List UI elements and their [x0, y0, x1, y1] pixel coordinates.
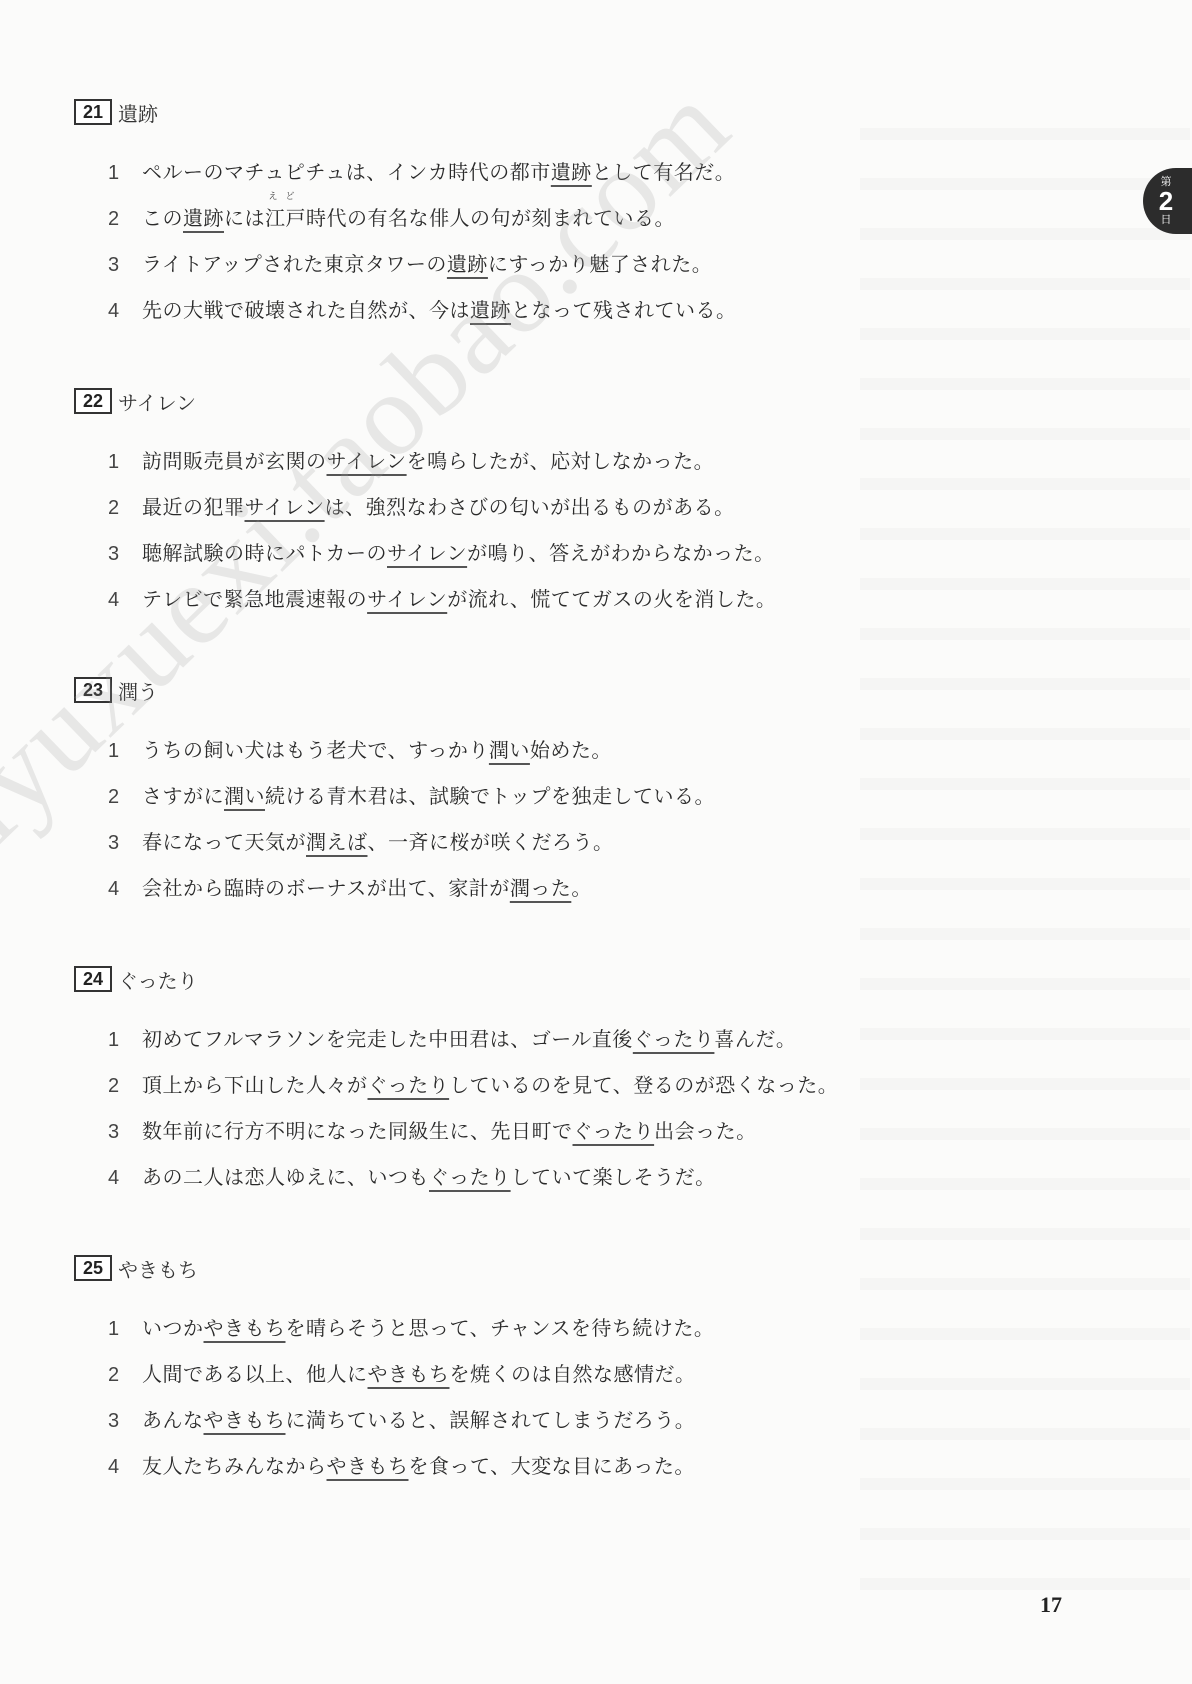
question-header: 24 ぐったり — [74, 963, 838, 995]
question-number-box: 25 — [74, 1255, 112, 1281]
document-page: 第 2 日 21 遺跡 1 ペルーのマチュピチュは、インカ時代の都市遺跡として有… — [0, 0, 1192, 1684]
option-item: 3 数年前に行方不明になった同級生に、先日町でぐったり出会った。 — [108, 1115, 838, 1161]
option-item: 2 頂上から下山した人々がぐったりしているのを見て、登るのが恐くなった。 — [108, 1069, 838, 1115]
option-number: 2 — [108, 786, 142, 809]
underlined-target-word: やきもち — [368, 1362, 450, 1386]
underlined-target-word: ぐったり — [429, 1165, 511, 1189]
question-number-box: 23 — [74, 677, 112, 703]
underlined-target-word: サイレン — [327, 449, 407, 473]
underlined-target-word: 潤い — [489, 738, 530, 762]
day-tab-number: 2 — [1159, 188, 1173, 214]
option-item: 4 友人たちみんなからやきもちを食って、大変な目にあった。 — [108, 1450, 714, 1496]
furigana-word: えど江戸 — [265, 202, 306, 231]
option-item: 2 最近の犯罪サイレンは、強烈なわさびの匂いが出るものがある。 — [108, 491, 776, 537]
option-number: 1 — [108, 451, 142, 474]
option-list: 1 いつかやきもちを晴らそうと思って、チャンスを待ち続けた。 2 人間である以上… — [108, 1312, 714, 1496]
option-number: 2 — [108, 497, 142, 520]
question-24: 24 ぐったり 1 初めてフルマラソンを完走した中田君は、ゴール直後ぐったり喜ん… — [74, 963, 838, 1207]
question-word: サイレン — [118, 387, 196, 416]
option-item: 1 初めてフルマラソンを完走した中田君は、ゴール直後ぐったり喜んだ。 — [108, 1023, 838, 1069]
option-list: 1 うちの飼い犬はもう老犬で、すっかり潤い始めた。 2 さすがに潤い続ける青木君… — [108, 734, 715, 918]
option-item: 4 先の大戦で破壊された自然が、今は遺跡となって残されている。 — [108, 294, 737, 340]
question-25: 25 やきもち 1 いつかやきもちを晴らそうと思って、チャンスを待ち続けた。 2… — [74, 1252, 714, 1496]
question-23: 23 潤う 1 うちの飼い犬はもう老犬で、すっかり潤い始めた。 2 さすがに潤い… — [74, 674, 715, 918]
underlined-target-word: ぐったり — [573, 1119, 655, 1143]
underlined-target-word: サイレン — [367, 587, 447, 611]
option-number: 2 — [108, 1075, 142, 1098]
bleed-through-texture — [860, 90, 1190, 1590]
underlined-target-word: 遺跡 — [447, 252, 488, 276]
option-item: 4 テレビで緊急地震速報のサイレンが流れ、慌ててガスの火を消した。 — [108, 583, 776, 629]
option-sentence: うちの飼い犬はもう老犬で、すっかり潤い始めた。 — [142, 734, 612, 763]
option-sentence: ライトアップされた東京タワーの遺跡にすっかり魅了された。 — [142, 248, 712, 277]
option-sentence: 頂上から下山した人々がぐったりしているのを見て、登るのが恐くなった。 — [142, 1069, 838, 1098]
option-item: 2 人間である以上、他人にやきもちを焼くのは自然な感情だ。 — [108, 1358, 714, 1404]
option-number: 1 — [108, 1318, 142, 1341]
question-header: 25 やきもち — [74, 1252, 714, 1284]
question-word: ぐったり — [118, 965, 198, 994]
underlined-target-word: 潤い — [224, 784, 265, 808]
option-number: 1 — [108, 740, 142, 763]
question-header: 23 潤う — [74, 674, 715, 706]
underlined-target-word: やきもち — [204, 1316, 286, 1340]
option-sentence: 友人たちみんなからやきもちを食って、大変な目にあった。 — [142, 1450, 695, 1479]
option-item: 3 ライトアップされた東京タワーの遺跡にすっかり魅了された。 — [108, 248, 737, 294]
question-word: やきもち — [118, 1254, 198, 1283]
option-item: 3 あんなやきもちに満ちていると、誤解されてしまうだろう。 — [108, 1404, 714, 1450]
option-item: 4 あの二人は恋人ゆえに、いつもぐったりしていて楽しそうだ。 — [108, 1161, 838, 1207]
question-header: 21 遺跡 — [74, 96, 737, 128]
option-list: 1 初めてフルマラソンを完走した中田君は、ゴール直後ぐったり喜んだ。 2 頂上か… — [108, 1023, 838, 1207]
option-number: 3 — [108, 1121, 142, 1144]
option-item: 2 さすがに潤い続ける青木君は、試験でトップを独走している。 — [108, 780, 715, 826]
option-number: 2 — [108, 1364, 142, 1387]
underlined-target-word: 遺跡 — [470, 298, 511, 322]
option-sentence: 春になって天気が潤えば、一斉に桜が咲くだろう。 — [142, 826, 614, 855]
option-sentence: 初めてフルマラソンを完走した中田君は、ゴール直後ぐったり喜んだ。 — [142, 1023, 796, 1052]
option-list: 1 ペルーのマチュピチュは、インカ時代の都市遺跡として有名だ。 2 この遺跡には… — [108, 156, 737, 340]
option-number: 1 — [108, 162, 142, 185]
option-sentence: 訪問販売員が玄関のサイレンを鳴らしたが、応対しなかった。 — [142, 445, 714, 474]
option-sentence: 会社から臨時のボーナスが出て、家計が潤った。 — [142, 872, 592, 901]
option-number: 3 — [108, 1410, 142, 1433]
day-tab-badge: 第 2 日 — [1143, 168, 1192, 234]
option-item: 1 ペルーのマチュピチュは、インカ時代の都市遺跡として有名だ。 — [108, 156, 737, 202]
option-item: 1 訪問販売員が玄関のサイレンを鳴らしたが、応対しなかった。 — [108, 445, 776, 491]
underlined-target-word: やきもち — [204, 1408, 286, 1432]
option-sentence: この遺跡にはえど江戸時代の有名な俳人の句が刻まれている。 — [142, 202, 675, 231]
option-sentence: 先の大戦で破壊された自然が、今は遺跡となって残されている。 — [142, 294, 737, 323]
question-header: 22 サイレン — [74, 385, 776, 417]
question-22: 22 サイレン 1 訪問販売員が玄関のサイレンを鳴らしたが、応対しなかった。 2… — [74, 385, 776, 629]
underlined-target-word: 遺跡 — [551, 160, 592, 184]
option-number: 4 — [108, 300, 142, 323]
underlined-target-word: サイレン — [245, 495, 325, 519]
underlined-target-word: サイレン — [387, 541, 467, 565]
option-item: 3 春になって天気が潤えば、一斉に桜が咲くだろう。 — [108, 826, 715, 872]
option-item: 3 聴解試験の時にパトカーのサイレンが鳴り、答えがわからなかった。 — [108, 537, 776, 583]
option-number: 4 — [108, 1167, 142, 1190]
option-sentence: さすがに潤い続ける青木君は、試験でトップを独走している。 — [142, 780, 715, 809]
option-sentence: いつかやきもちを晴らそうと思って、チャンスを待ち続けた。 — [142, 1312, 714, 1341]
option-sentence: 人間である以上、他人にやきもちを焼くのは自然な感情だ。 — [142, 1358, 696, 1387]
option-sentence: 聴解試験の時にパトカーのサイレンが鳴り、答えがわからなかった。 — [142, 537, 775, 566]
question-number-box: 22 — [74, 388, 112, 414]
option-number: 3 — [108, 832, 142, 855]
option-sentence: 数年前に行方不明になった同級生に、先日町でぐったり出会った。 — [142, 1115, 757, 1144]
underlined-target-word: 潤った — [510, 876, 572, 900]
option-number: 4 — [108, 878, 142, 901]
option-item: 4 会社から臨時のボーナスが出て、家計が潤った。 — [108, 872, 715, 918]
option-number: 1 — [108, 1029, 142, 1052]
question-21: 21 遺跡 1 ペルーのマチュピチュは、インカ時代の都市遺跡として有名だ。 2 … — [74, 96, 737, 340]
underlined-target-word: ぐったり — [633, 1027, 715, 1051]
option-number: 2 — [108, 208, 142, 231]
option-item: 1 いつかやきもちを晴らそうと思って、チャンスを待ち続けた。 — [108, 1312, 714, 1358]
page-number: 17 — [1040, 1592, 1062, 1618]
underlined-target-word: ぐったり — [368, 1073, 450, 1097]
underlined-target-word: やきもち — [327, 1454, 409, 1478]
question-number-box: 24 — [74, 966, 112, 992]
option-number: 4 — [108, 1456, 142, 1479]
question-word: 潤う — [118, 676, 158, 705]
question-word: 遺跡 — [118, 98, 158, 127]
question-number-box: 21 — [74, 99, 112, 125]
option-list: 1 訪問販売員が玄関のサイレンを鳴らしたが、応対しなかった。 2 最近の犯罪サイ… — [108, 445, 776, 629]
option-item: 1 うちの飼い犬はもう老犬で、すっかり潤い始めた。 — [108, 734, 715, 780]
option-number: 4 — [108, 589, 142, 612]
option-sentence: テレビで緊急地震速報のサイレンが流れ、慌ててガスの火を消した。 — [142, 583, 776, 612]
option-number: 3 — [108, 543, 142, 566]
underlined-target-word: 潤えば — [306, 830, 368, 854]
day-tab-suffix: 日 — [1161, 214, 1172, 226]
option-sentence: ペルーのマチュピチュは、インカ時代の都市遺跡として有名だ。 — [142, 156, 735, 185]
option-sentence: 最近の犯罪サイレンは、強烈なわさびの匂いが出るものがある。 — [142, 491, 735, 520]
underlined-target-word: 遺跡 — [183, 206, 224, 230]
option-item: 2 この遺跡にはえど江戸時代の有名な俳人の句が刻まれている。 — [108, 202, 737, 248]
option-sentence: あの二人は恋人ゆえに、いつもぐったりしていて楽しそうだ。 — [142, 1161, 716, 1190]
furigana-reading: えど — [265, 189, 306, 202]
option-sentence: あんなやきもちに満ちていると、誤解されてしまうだろう。 — [142, 1404, 695, 1433]
option-number: 3 — [108, 254, 142, 277]
